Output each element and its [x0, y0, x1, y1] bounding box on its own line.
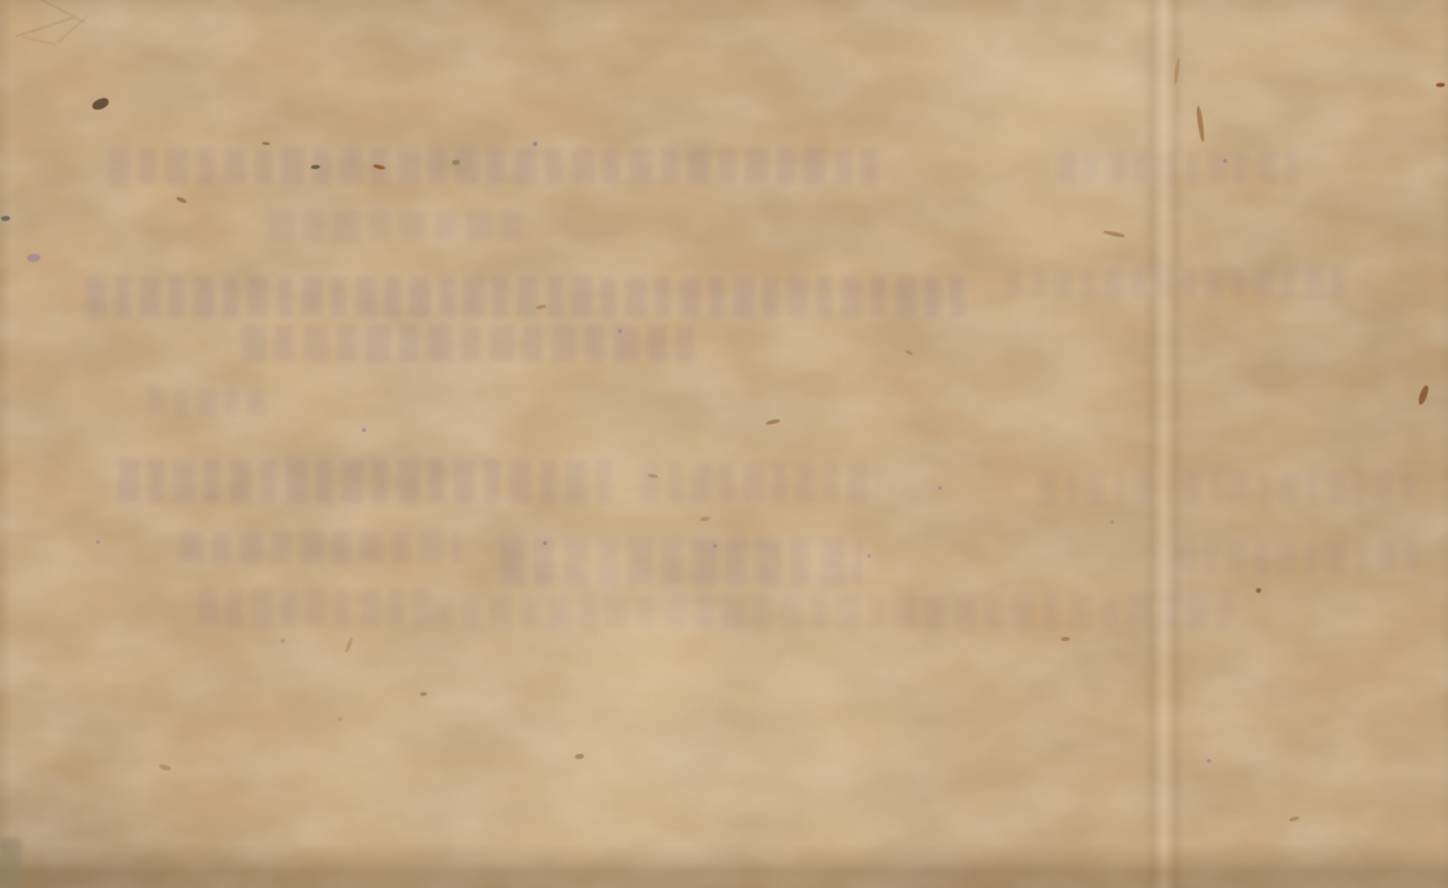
ink-dot — [1110, 520, 1114, 524]
paper-speck — [575, 754, 584, 759]
ghost-text-line — [500, 537, 862, 585]
paper-speck — [1196, 106, 1206, 142]
ghost-text-line — [432, 595, 1232, 629]
ghost-text-line — [242, 325, 694, 361]
paper-speck — [420, 692, 427, 696]
scan-light-streak — [780, 280, 880, 888]
paper-speck — [1289, 816, 1300, 822]
paper-speck — [27, 254, 40, 262]
ink-dot — [96, 540, 100, 544]
ghost-text-line — [268, 211, 526, 241]
ghost-text-line — [148, 389, 270, 417]
ink-dot — [281, 639, 285, 643]
ink-dot — [1207, 759, 1211, 763]
artifact-layer — [0, 0, 1448, 888]
ghost-text-line — [198, 589, 430, 627]
paper-speck — [344, 637, 353, 653]
ghost-text-line — [108, 148, 878, 184]
ink-dot — [338, 717, 342, 721]
paper-speck — [262, 141, 270, 145]
ink-dot — [543, 541, 547, 545]
pencil-scribble — [57, 14, 90, 44]
paper-speck — [1436, 83, 1445, 87]
ghost-text-line — [1058, 152, 1303, 184]
ink-dot — [867, 554, 871, 558]
paper-speck — [1, 216, 10, 221]
ink-dot — [713, 544, 717, 548]
paper-speck — [176, 196, 188, 204]
ghost-text-line — [1005, 268, 1350, 298]
paper-speck — [91, 96, 110, 111]
ghost-text-line — [640, 463, 878, 503]
scan-light-streak — [330, 560, 420, 888]
paper-speck — [905, 349, 913, 356]
ghost-text-line — [1040, 471, 1418, 505]
paper-speck — [452, 160, 460, 165]
pencil-scribble — [15, 16, 75, 37]
paper-speck — [766, 419, 781, 426]
ghost-text-line — [180, 531, 462, 563]
ink-dot — [362, 428, 366, 432]
paper-speck — [1256, 588, 1261, 593]
paper-speck — [1417, 384, 1430, 405]
ghost-text-line — [1178, 541, 1428, 573]
paper-crease — [1143, 0, 1185, 888]
bottom-edge-shadow — [0, 844, 1448, 888]
ghost-text-line — [86, 277, 964, 317]
paper-speck — [373, 164, 386, 171]
bottom-left-corner-patch — [0, 838, 22, 888]
scanned-paper — [0, 0, 1448, 888]
paper-speck — [533, 142, 537, 146]
paper-speck — [536, 304, 547, 310]
paper-speck — [1103, 230, 1125, 238]
paper-speck — [159, 763, 172, 771]
paper-speck — [648, 473, 658, 478]
paper-speck — [700, 517, 710, 522]
ghost-text-line — [118, 459, 623, 503]
paper-speck — [1061, 637, 1070, 641]
pencil-scribble — [40, 0, 85, 24]
scan-light-streak — [1000, 40, 1110, 440]
ink-dot — [618, 329, 622, 333]
pencil-scribble — [22, 36, 56, 45]
ink-dot — [1223, 159, 1227, 163]
paper-speck — [1174, 58, 1181, 84]
ink-dot — [938, 486, 942, 490]
scan-light-streak — [560, 420, 690, 888]
paper-speck — [311, 165, 320, 169]
